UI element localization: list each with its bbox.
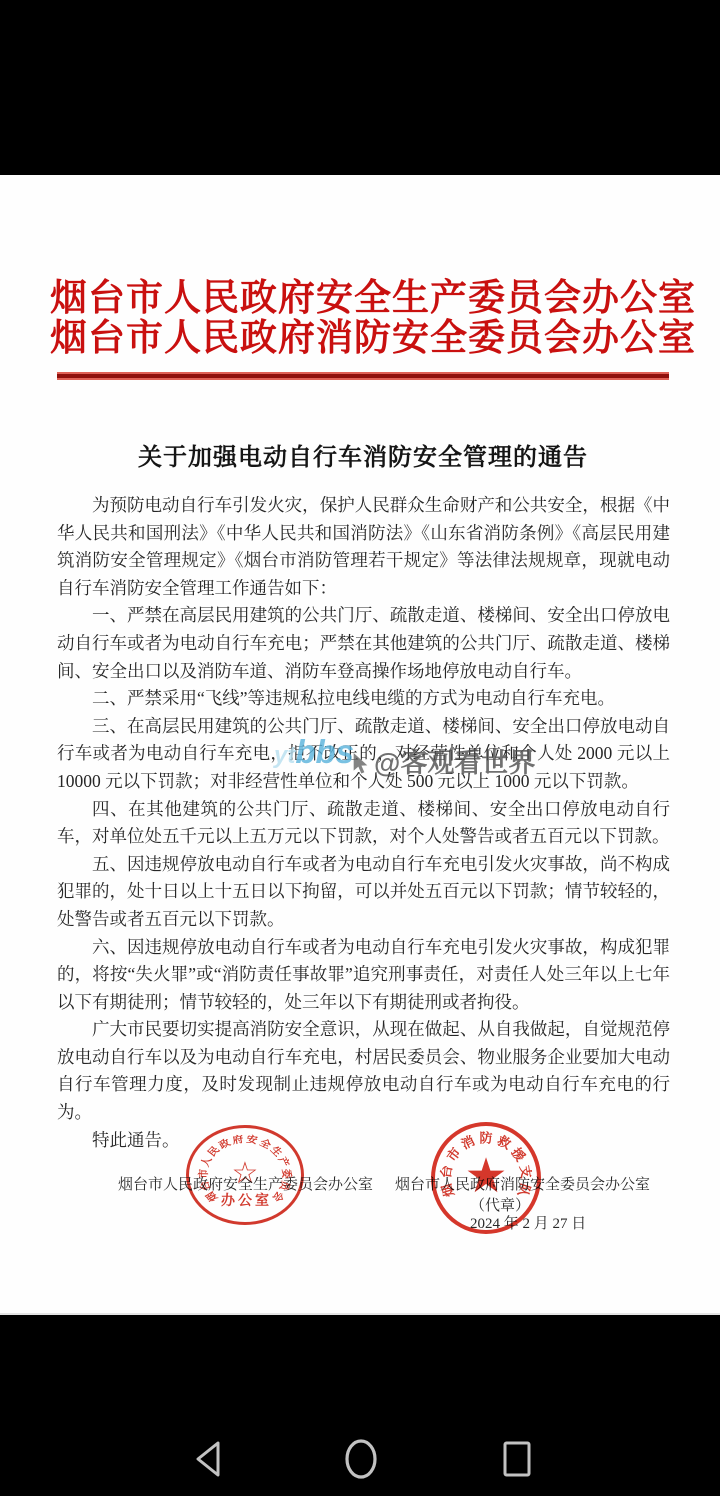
recents-square-icon [501,1440,533,1478]
star-icon: ☆ [232,1156,259,1191]
back-triangle-icon [192,1440,228,1478]
paragraph-item-5: 五、因违规停放电动自行车或者为电动自行车充电引发火灾事故，尚不构成犯罪的，处十日… [57,851,670,934]
paragraph-appeal: 广大市民要切实提高消防安全意识，从现在做起、从自我做起，自觉规范停放电动自行车以… [57,1016,670,1126]
paragraph-closing: 特此通告。 [57,1127,670,1155]
nav-home-button[interactable] [343,1437,379,1481]
paragraph-item-3: 三、在高层民用建筑的公共门厅、疏散走道、楼梯间、安全出口停放电动自行车或者为电动… [57,713,670,796]
paragraph-item-6: 六、因违规停放电动自行车或者为电动自行车充电引发火灾事故，构成犯罪的，将按“失火… [57,934,670,1017]
home-circle-icon [343,1437,379,1481]
nav-recents-button[interactable] [501,1440,533,1478]
letterhead: 烟台市人民政府安全生产委员会办公室 烟台市人民政府消防安全委员会办公室 [50,279,670,359]
paragraph-item-1: 一、严禁在高层民用建筑的公共门厅、疏散走道、楼梯间、安全出口停放电动自行车或者为… [57,602,670,685]
phone-screen: 烟台市人民政府安全生产委员会办公室 烟台市人民政府消防安全委员会办公室 关于加强… [0,0,720,1496]
paragraph-intro: 为预防电动自行车引发火灾，保护人民群众生命财产和公共安全，根据《中华人民共和国刑… [57,492,670,602]
seal-fire-rescue: 烟台市消防救援支队 ★ [431,1122,541,1234]
nav-back-button[interactable] [192,1440,228,1478]
letterhead-divider-rule [57,372,669,380]
top-letterbox [0,0,720,175]
paragraph-item-4: 四、在其他建筑的公共门厅、疏散走道、楼梯间、安全出口停放电动自行车，对单位处五千… [57,796,670,851]
letterhead-line-1: 烟台市人民政府安全生产委员会办公室 [50,279,670,319]
document-body: 为预防电动自行车引发火灾，保护人民群众生命财产和公共安全，根据《中华人民共和国刑… [57,492,670,1154]
paragraph-item-2: 二、严禁采用“飞线”等违规私拉电线电缆的方式为电动自行车充电。 [57,685,670,713]
document-title: 关于加强电动自行车消防安全管理的通告 [57,437,669,472]
star-icon: ★ [464,1148,507,1204]
letterhead-line-2: 烟台市人民政府消防安全委员会办公室 [50,319,670,359]
document-page: 烟台市人民政府安全生产委员会办公室 烟台市人民政府消防安全委员会办公室 关于加强… [0,175,720,1315]
seal-left-bottom-text: 办公室 [189,1190,301,1210]
seal-safety-committee: 烟台市人民政府安全生产委员会 ☆ 办公室 [186,1125,304,1225]
